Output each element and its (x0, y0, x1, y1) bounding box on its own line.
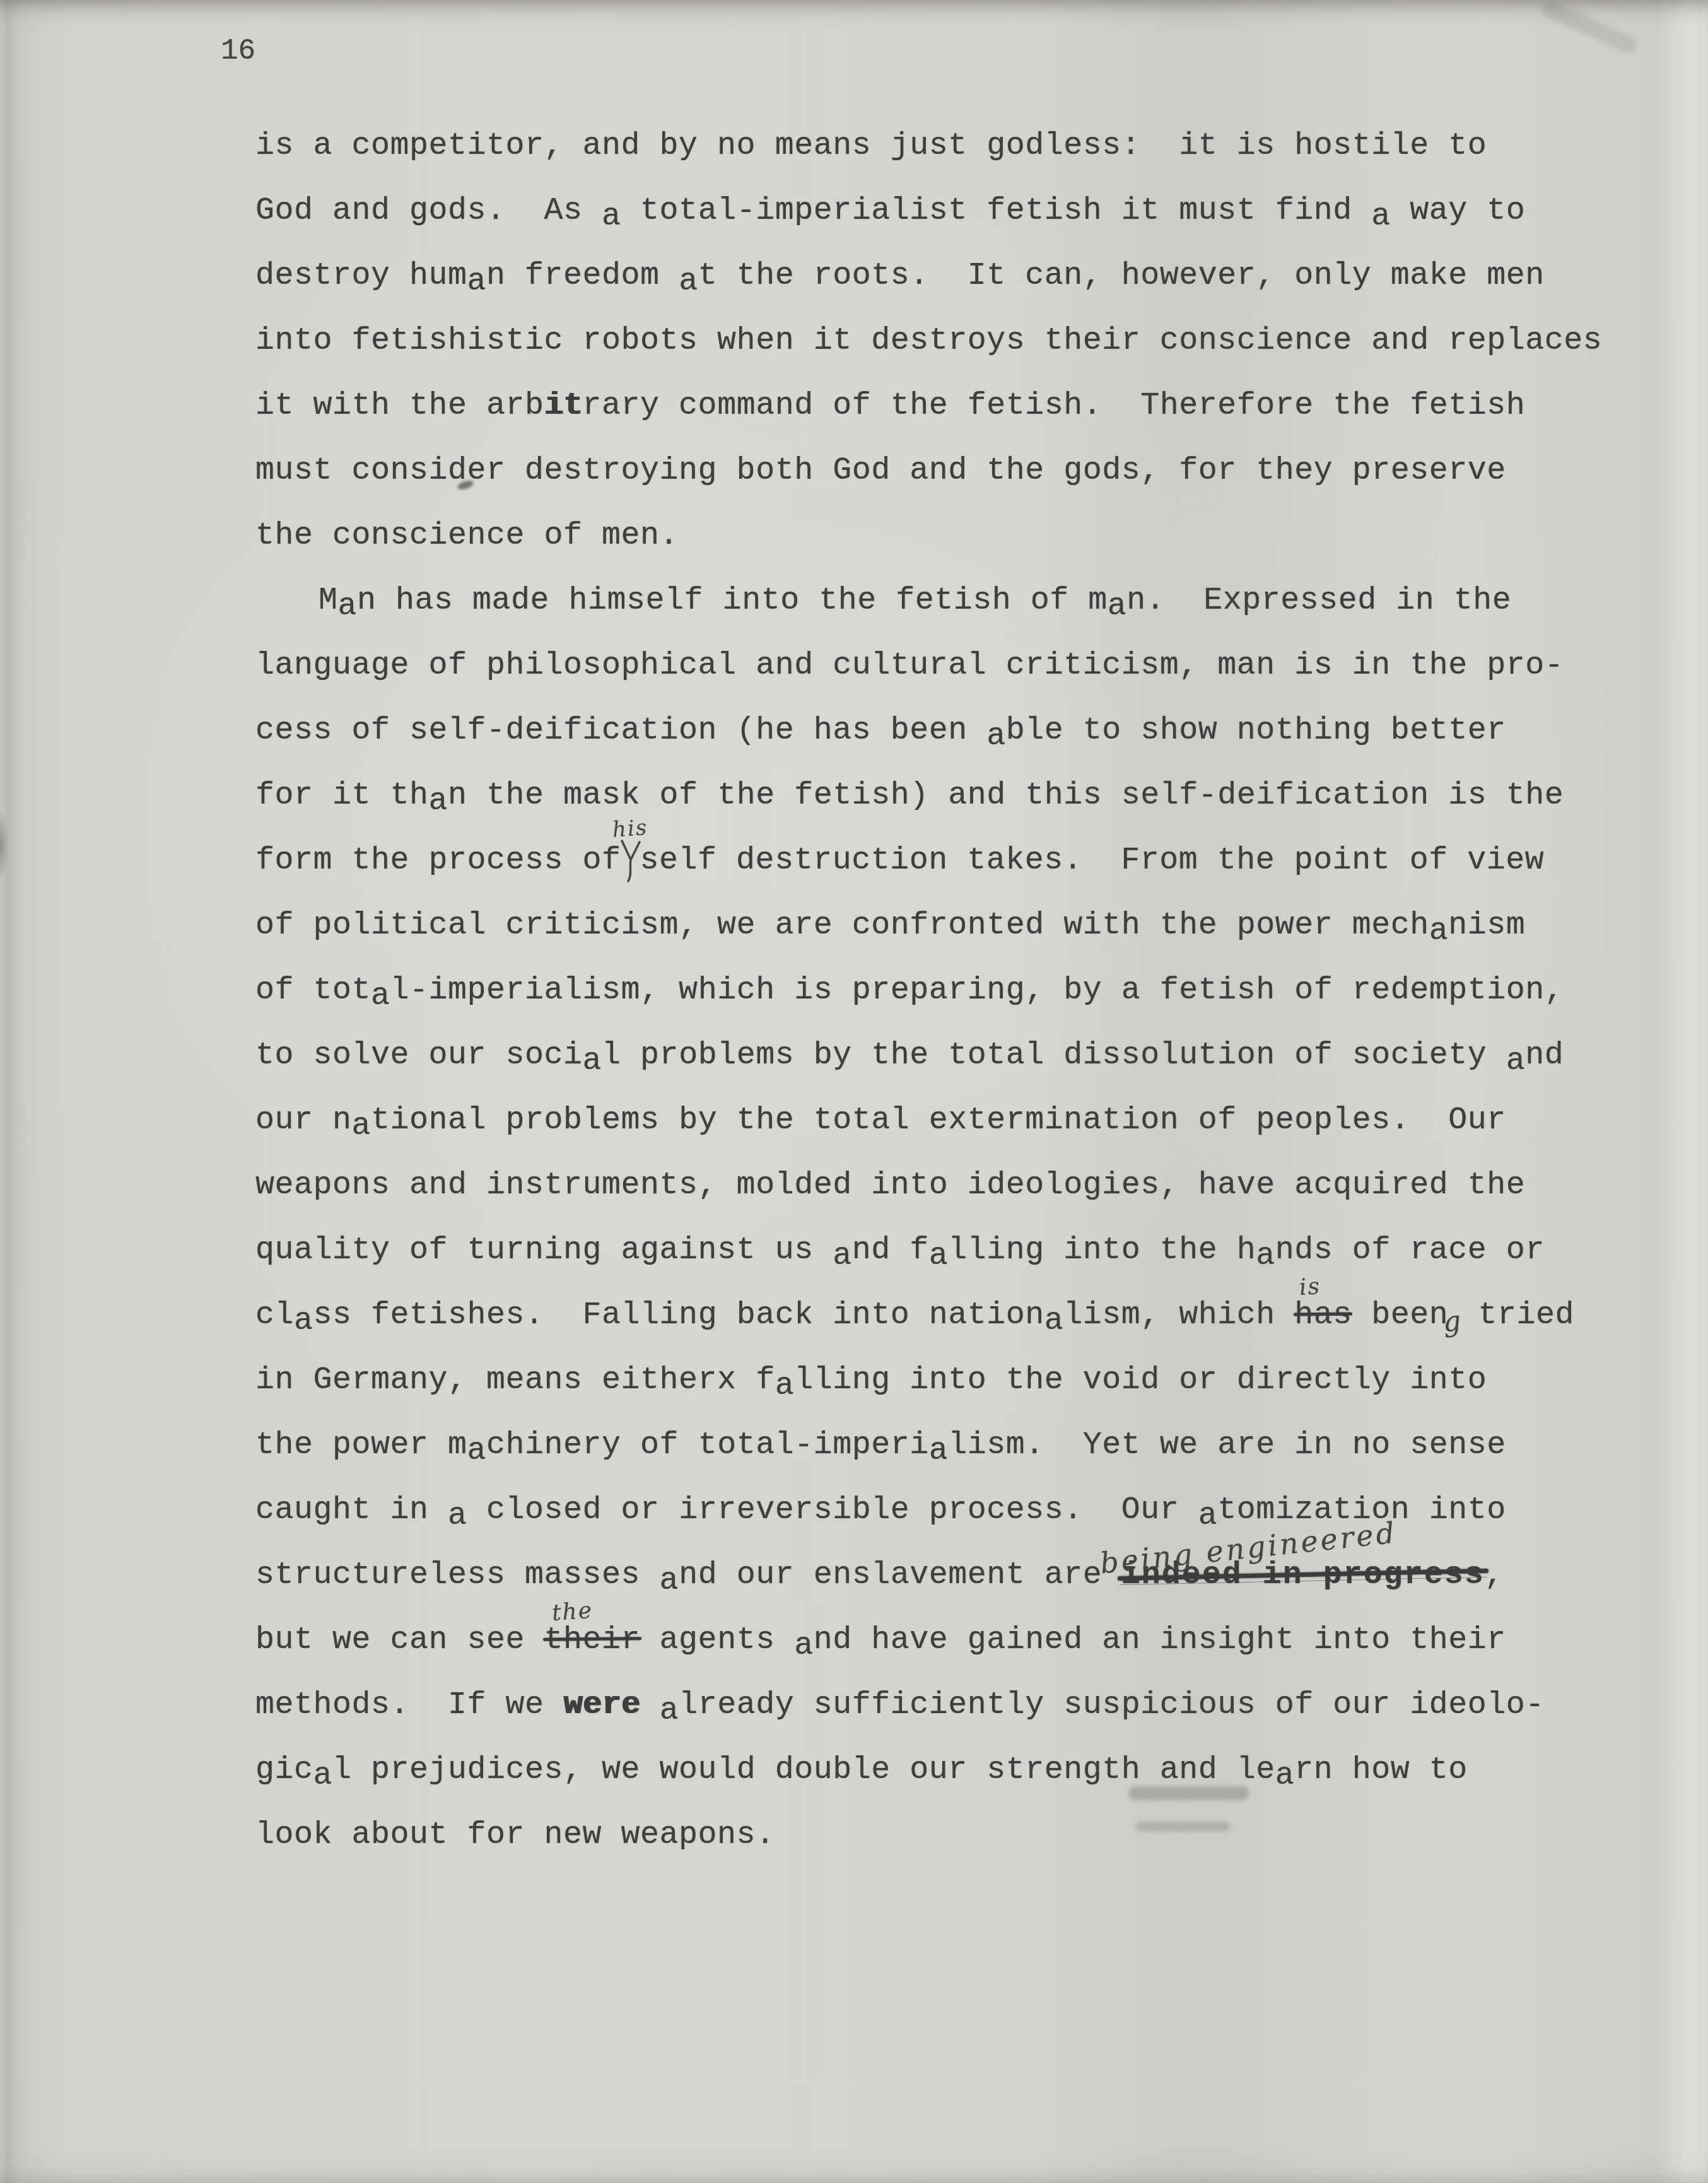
dropped-letter: a (775, 1368, 795, 1404)
typed-line: weapons and instruments, molded into ide… (255, 1153, 1602, 1218)
corrected-text: hasis (1294, 1283, 1352, 1348)
dropped-letter: a (1506, 1043, 1526, 1079)
dropped-letter: a (1198, 1498, 1218, 1534)
typed-text: in Germany, means eitherx f (255, 1362, 775, 1398)
typed-text: quality of turning against us (255, 1232, 833, 1268)
typed-line: our national problems by the total exter… (255, 1088, 1602, 1153)
dropped-letter: a (660, 1563, 679, 1599)
dropped-letter: a (986, 718, 1006, 754)
typed-text: is a competitor, and by no means just go… (255, 128, 1487, 164)
typed-text: lready sufficiently suspicious of our id… (679, 1687, 1545, 1723)
typed-text: nd f (852, 1232, 929, 1268)
typed-text: lism. Yet we are in no sense (948, 1427, 1506, 1463)
handwritten-insertion: g (1442, 1305, 1463, 1339)
dropped-letter: a (448, 1498, 467, 1534)
typed-text: but we can see (255, 1622, 544, 1658)
typed-line: class fetishes. Falling back into nation… (255, 1283, 1602, 1348)
typed-text: lism, which (1063, 1297, 1294, 1333)
typed-line: look about for new weapons. (255, 1803, 1602, 1868)
dropped-letter: a (1275, 1758, 1295, 1794)
typed-text: weapons and instruments, molded into ide… (255, 1168, 1525, 1203)
typed-text: ss fetishes. Falling back into nation (313, 1297, 1044, 1333)
dropped-letter: a (1044, 1303, 1064, 1339)
typed-text: lling into the h (948, 1232, 1256, 1268)
typed-text: lling into the void or directly into (794, 1362, 1487, 1398)
typed-text: gic (255, 1752, 313, 1788)
typed-text: destroy hum (255, 258, 467, 294)
typed-text: cl (255, 1297, 294, 1333)
dropped-letter: a (602, 199, 621, 235)
typed-line: must consider destroying both God and th… (255, 438, 1602, 503)
caret-icon (620, 838, 641, 884)
typed-text: nd have gained an insight into their (814, 1622, 1506, 1658)
typed-line: the power machinery of total-imperialism… (255, 1413, 1602, 1478)
typed-line: in Germany, means eitherx falling into t… (255, 1348, 1602, 1413)
typed-text: our n (255, 1103, 352, 1138)
typed-line: caught in a closed or irreversible proce… (255, 1478, 1602, 1543)
typed-text: must consider destroying both God and th… (255, 453, 1506, 489)
typed-text: of political criticism, we are confronte… (255, 908, 1429, 944)
typed-text: tional problems by the total exterminati… (371, 1103, 1506, 1138)
typed-line: but we can see theirthe agents and have … (255, 1608, 1602, 1673)
typed-line: Man has made himself into the fetish of … (255, 568, 1602, 633)
dropped-letter: a (1108, 588, 1127, 624)
corrected-text: theirthe (544, 1608, 641, 1673)
typed-text: been (1352, 1297, 1449, 1333)
typed-text: closed or irreversible process. Our (467, 1492, 1198, 1528)
typed-text: look about for new weapons. (255, 1817, 775, 1853)
dropped-letter: a (467, 264, 487, 300)
typed-line: for it than the mask of the fetish) and … (255, 763, 1602, 828)
typed-text: rary command of the fetish. Therefore th… (583, 388, 1526, 424)
typed-text: God and gods. As (255, 193, 602, 229)
typed-line: quality of turning against us and fallin… (255, 1218, 1602, 1283)
typed-text: rn how to (1294, 1752, 1468, 1788)
typed-line: God and gods. As a total-imperialist fet… (255, 179, 1602, 243)
typed-line: to solve our social problems by the tota… (255, 1023, 1602, 1088)
dropped-letter: a (467, 1433, 487, 1469)
typed-line: structureless masses and our enslavement… (255, 1543, 1602, 1608)
typed-text: agents (640, 1622, 794, 1658)
typed-text: language of philosophical and cultural c… (255, 648, 1564, 684)
dropped-letter: a (929, 1433, 949, 1469)
typed-text: methods. If we (255, 1687, 563, 1723)
typed-line: gical prejudices, we would double our st… (255, 1738, 1602, 1803)
typed-text: cess of self-deification (he has been (255, 713, 986, 749)
typed-text: , (1485, 1557, 1504, 1593)
dropped-letter: a (583, 1043, 602, 1079)
typed-text: l problems by the total dissolution of s… (602, 1038, 1506, 1074)
typed-line: the conscience of men. (255, 503, 1602, 568)
typed-text: chinery of total-imperi (486, 1427, 929, 1463)
typed-text: of tot (255, 973, 371, 1009)
typed-text: tried (1459, 1297, 1574, 1333)
typed-text: the conscience of men. (255, 518, 679, 554)
handwritten-insertion: his (611, 815, 648, 843)
dropped-letter: a (660, 1693, 679, 1729)
dropped-letter: a (1256, 1238, 1275, 1274)
dropped-letter: a (794, 1628, 814, 1664)
dropped-letter: a (679, 264, 698, 300)
scanned-document: 16 is a competitor, and by no means just… (0, 0, 1708, 2183)
typed-line: cess of self-deification (he has been ab… (255, 698, 1602, 763)
typed-text: for it th (255, 778, 429, 814)
scan-edge-right (1699, 0, 1708, 2183)
typed-text: structureless masses (255, 1557, 660, 1593)
typed-line: it with the arbitrary command of the fet… (255, 373, 1602, 438)
typed-line: into fetishistic robots when it destroys… (255, 308, 1602, 373)
typed-text: it with the arb (255, 388, 544, 424)
typed-text: the power m (255, 1427, 467, 1463)
overtyped-word: it (544, 388, 583, 424)
typed-text: form the process of (255, 843, 621, 879)
overtyped-word: were (563, 1687, 640, 1723)
typed-text: nd (1525, 1038, 1564, 1074)
typed-text: nd our enslavement are (679, 1557, 1121, 1593)
typed-text-block: is a competitor, and by no means just go… (255, 114, 1602, 1868)
typed-text: n has made himself into the fetish of m (357, 583, 1108, 619)
typed-text: way to (1391, 193, 1526, 229)
typed-line: is a competitor, and by no means just go… (255, 114, 1602, 179)
corrected-text: indeed in progressbeing engineered (1121, 1543, 1485, 1608)
typed-line: of political criticism, we are confronte… (255, 893, 1602, 958)
dropped-letter: a (929, 1238, 949, 1274)
typed-text (640, 1687, 660, 1723)
dropped-letter: a (371, 978, 390, 1014)
dropped-letter: a (429, 783, 448, 819)
typed-text: to solve our soci (255, 1038, 583, 1074)
caret-mark: his (621, 837, 640, 869)
dropped-letter: a (294, 1303, 313, 1339)
dropped-letter: a (1429, 913, 1449, 949)
typed-line: of total-imperialism, which is preparing… (255, 958, 1602, 1023)
handwritten-insertion: the (551, 1598, 594, 1626)
typed-text: nds of race or (1275, 1232, 1545, 1268)
typed-text: ble to show nothing better (1006, 713, 1506, 749)
typed-text: t the roots. It can, however, only make … (698, 258, 1545, 294)
dropped-letter: a (352, 1108, 371, 1144)
typed-text: n the mask of the fetish) and this self-… (448, 778, 1564, 814)
page-number: 16 (221, 35, 255, 67)
typed-text: M (319, 583, 338, 619)
typed-text: into fetishistic robots when it destroys… (255, 323, 1602, 359)
typed-text: self destruction takes. From the point o… (640, 843, 1545, 879)
paper-crease (0, 811, 11, 880)
typed-text: caught in (255, 1492, 448, 1528)
typed-text: n freedom (486, 258, 679, 294)
dropped-letter: a (313, 1758, 333, 1794)
typed-text: l prejudices, we would double our streng… (332, 1752, 1275, 1788)
dropped-letter: a (1371, 199, 1391, 235)
dropped-letter: a (833, 1238, 852, 1274)
typed-text: nism (1448, 908, 1525, 944)
scan-edge-left (0, 0, 8, 2183)
typed-line: destroy human freedom at the roots. It c… (255, 243, 1602, 308)
typed-line: methods. If we were already sufficiently… (255, 1673, 1602, 1738)
typed-line: form the process ofhisself destruction t… (255, 828, 1602, 893)
handwritten-insertion: is (1298, 1273, 1321, 1301)
typed-text: n. Expressed in the (1126, 583, 1511, 619)
typed-text: l-imperialism, which is preparing, by a … (390, 973, 1564, 1009)
typed-text: total-imperialist fetish it must find (621, 193, 1372, 229)
dropped-letter: a (338, 588, 358, 624)
typed-line: language of philosophical and cultural c… (255, 633, 1602, 698)
